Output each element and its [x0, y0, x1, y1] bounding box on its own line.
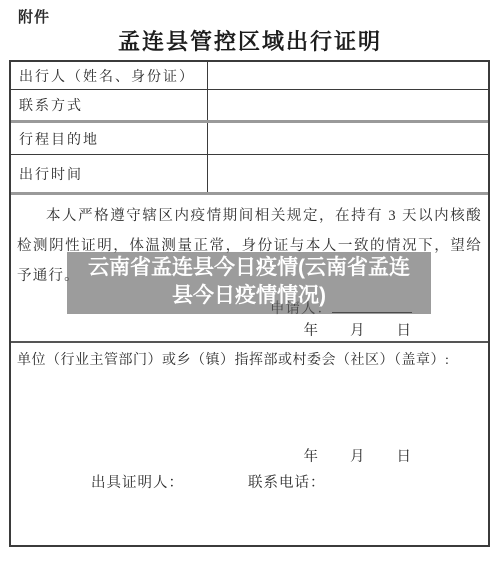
table-row: 出行人（姓名、身份证） [11, 62, 488, 90]
approval-heading: 单位（行业主管部门）或乡（镇）指挥部或村委会（社区）（盖章）: [17, 351, 482, 371]
issuer-row: 出具证明人：联系电话： [17, 473, 482, 493]
table-row: 出行时间 [11, 155, 488, 195]
form-row-value-travel-time [208, 155, 488, 192]
form-row-value-contact [208, 90, 488, 120]
phone-label: 联系电话： [248, 475, 326, 491]
page-title: 孟连县管控区域出行证明 [0, 25, 500, 56]
form-row-value-traveler [208, 62, 488, 89]
approval-date-line: 年 月 日 [17, 447, 482, 467]
watermark-text-line1: 云南省孟连县今日疫情(云南省孟连 [88, 254, 410, 282]
form-row-label-contact: 联系方式 [11, 90, 208, 120]
issuer-label: 出具证明人： [91, 475, 184, 491]
form-row-label-destination: 行程目的地 [11, 123, 208, 154]
approval-section: 单位（行业主管部门）或乡（镇）指挥部或村委会（社区）（盖章）: 年 月 日 出具… [11, 343, 488, 545]
document-page: 附件 孟连县管控区域出行证明 出行人（姓名、身份证） 联系方式 行程目的地 出行… [0, 0, 500, 564]
table-row: 联系方式 [11, 90, 488, 123]
table-row: 行程目的地 [11, 123, 488, 155]
form-row-label-travel-time: 出行时间 [11, 155, 208, 192]
form-row-label-traveler: 出行人（姓名、身份证） [11, 62, 208, 89]
form-row-value-destination [208, 123, 488, 154]
watermark-text-line2: 县今日疫情情况) [172, 282, 326, 310]
attachment-label: 附件 [18, 6, 50, 27]
declaration-date-line: 年 月 日 [17, 321, 482, 341]
watermark-overlay: 云南省孟连县今日疫情(云南省孟连 县今日疫情情况) [67, 252, 431, 314]
